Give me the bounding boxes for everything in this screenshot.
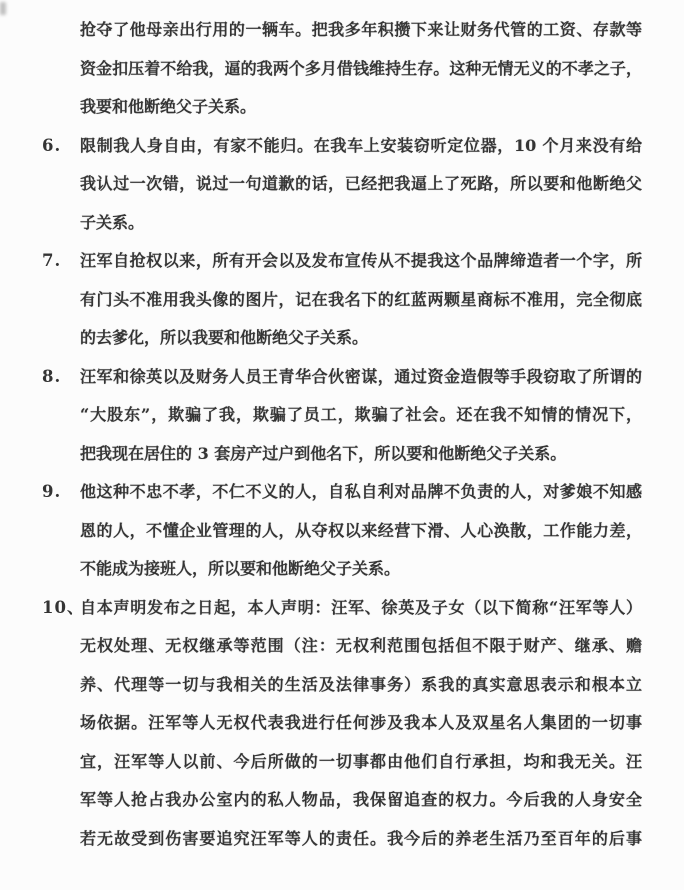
continued-paragraph: 抢夺了他母亲出行用的一辆车。把我多年积攒下来让财务代管的工资、存款等资金扣压着不… (80, 11, 642, 127)
item-number: 7. (42, 242, 80, 281)
text-line: 他这种不忠不孝，不仁不义的人，自私自利对品牌不负责的人，对爹娘不知感 (80, 473, 642, 512)
text-line: 我认过一次错，说过一句道歉的话，已经把我逼上了死路，所以要和他断绝父 (80, 165, 642, 204)
text-line: 宜，汪军等人以前、今后所做的一切事都由他们自行承担，均和我无关。汪 (80, 743, 642, 782)
text-line: 有门头不准用我头像的图片，记在我名下的红蓝两颗星商标不准用，完全彻底 (80, 281, 642, 320)
text-line: 无权处理、无权继承等范围（注：无权利范围包括但不限于财产、继承、赡 (80, 627, 642, 666)
scan-artifact (0, 2, 6, 15)
text-line: 不能成为接班人，所以要和他断绝父子关系。 (80, 550, 642, 589)
text-line: 的去爹化，所以我要和他断绝父子关系。 (80, 319, 642, 358)
text-line: 恩的人，不懂企业管理的人，从夺权以来经营下滑、人心涣散，工作能力差， (80, 512, 642, 551)
text-line: 汪军自抢权以来，所有开会以及发布宣传从不提我这个品牌缔造者一个字，所 (80, 242, 642, 281)
text-line: 限制我人身自由，有家不能归。在我车上安装窃听定位器，10 个月来没有给 (80, 127, 642, 166)
text-line: 资金扣压着不给我，逼的我两个多月借钱维持生存。这种无情无义的不孝之子， (80, 50, 642, 89)
list-item-7: 7.汪军自抢权以来，所有开会以及发布宣传从不提我这个品牌缔造者一个字，所有门头不… (80, 242, 642, 358)
list-item-10: 10、自本声明发布之日起，本人声明：汪军、徐英及子女（以下简称“汪军等人）无权处… (80, 589, 642, 859)
text-line: 抢夺了他母亲出行用的一辆车。把我多年积攒下来让财务代管的工资、存款等 (80, 11, 642, 50)
list-item-9: 9.他这种不忠不孝，不仁不义的人，自私自利对品牌不负责的人，对爹娘不知感恩的人，… (80, 473, 642, 589)
item-number: 9. (42, 473, 80, 512)
list-item-6: 6.限制我人身自由，有家不能归。在我车上安装窃听定位器，10 个月来没有给我认过… (80, 127, 642, 243)
text-line: 子关系。 (80, 204, 642, 243)
text-line: 若无故受到伤害要追究汪军等人的责任。我今后的养老生活乃至百年的后事 (80, 820, 642, 859)
text-line: 把我现在居住的 3 套房产过户到他名下，所以要和他断绝父子关系。 (80, 435, 642, 474)
document-page: 抢夺了他母亲出行用的一辆车。把我多年积攒下来让财务代管的工资、存款等资金扣压着不… (0, 0, 684, 890)
text-line: 我要和他断绝父子关系。 (80, 88, 642, 127)
text-line: 场依据。汪军等人无权代表我进行任何涉及我本人及双星名人集团的一切事 (80, 704, 642, 743)
document-body: 抢夺了他母亲出行用的一辆车。把我多年积攒下来让财务代管的工资、存款等资金扣压着不… (80, 11, 642, 858)
list-item-8: 8.汪军和徐英以及财务人员王青华合伙密谋，通过资金造假等手段窃取了所谓的“大股东… (80, 358, 642, 474)
item-number: 10、 (42, 589, 80, 628)
text-line: “大股东”，欺骗了我，欺骗了员工，欺骗了社会。还在我不知情的情况下， (80, 396, 642, 435)
item-number: 8. (42, 358, 80, 397)
text-line: 自本声明发布之日起，本人声明：汪军、徐英及子女（以下简称“汪军等人） (80, 589, 642, 628)
item-number: 6. (42, 127, 80, 166)
text-line: 养、代理等一切与我相关的生活及法律事务）系我的真实意思表示和根本立 (80, 666, 642, 705)
text-line: 汪军和徐英以及财务人员王青华合伙密谋，通过资金造假等手段窃取了所谓的 (80, 358, 642, 397)
text-line: 军等人抢占我办公室内的私人物品，我保留追查的权力。今后我的人身安全 (80, 781, 642, 820)
